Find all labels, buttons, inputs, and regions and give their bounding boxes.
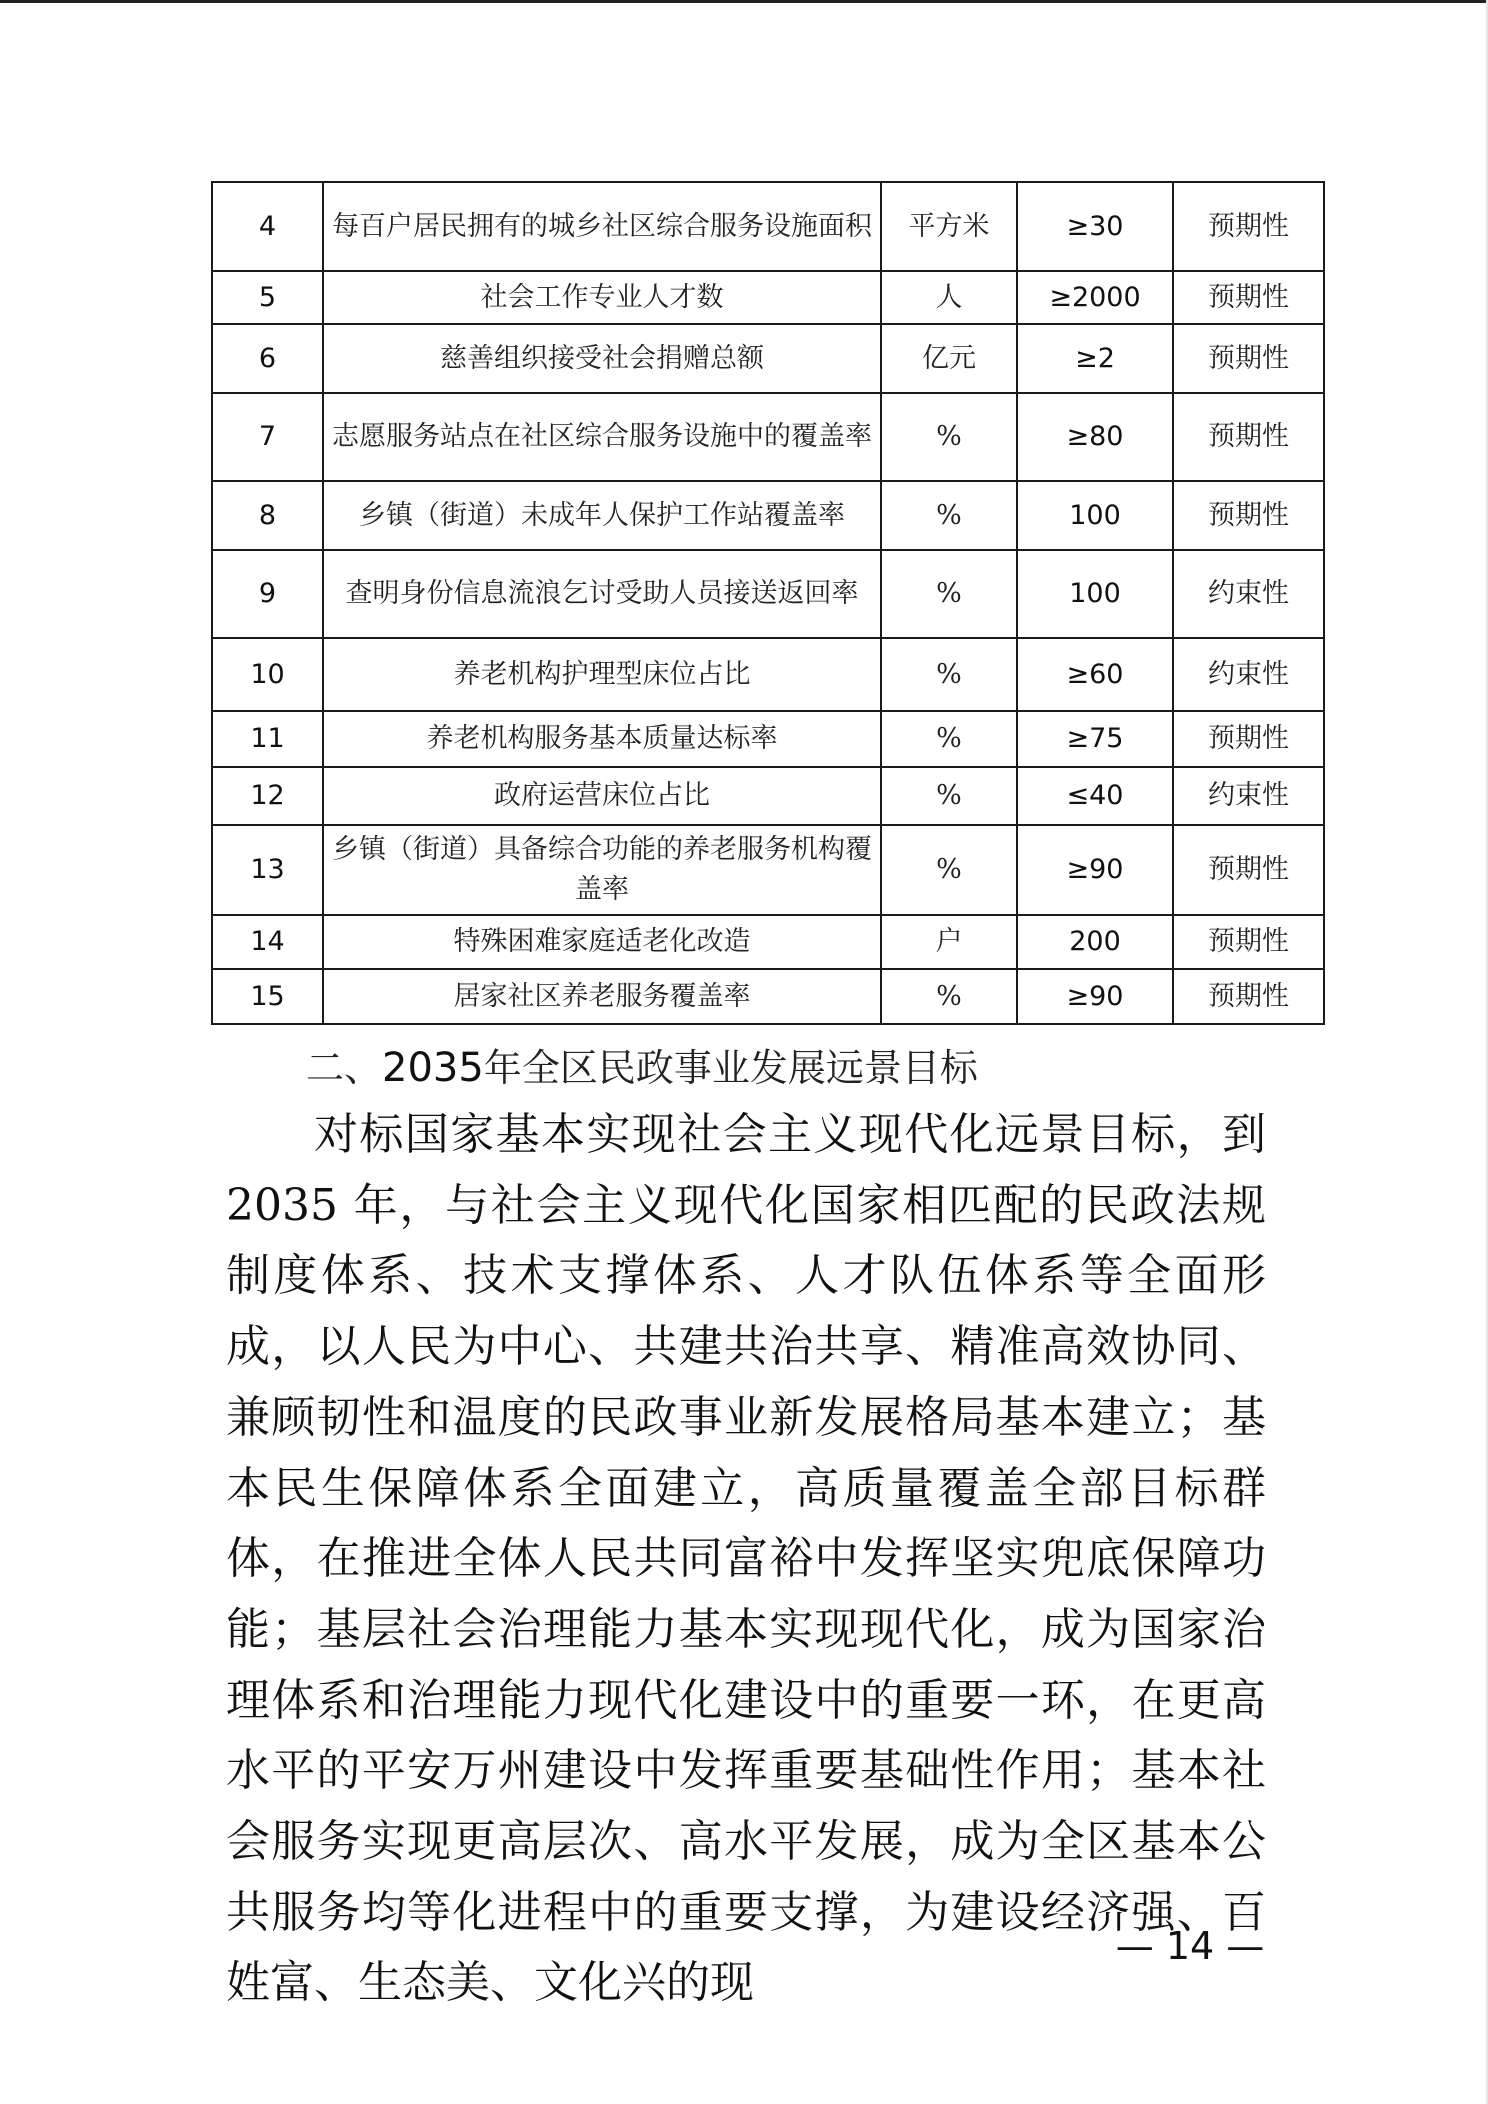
page-number: — 14 — [1100, 1920, 1280, 1972]
row-number-cell: 8 [212, 481, 323, 550]
table-row: 4每百户居民拥有的城乡社区综合服务设施面积平方米≥30预期性 [212, 182, 1324, 271]
unit-cell: % [881, 481, 1017, 550]
top-border-rule [0, 0, 1488, 3]
indicator-name-cell: 居家社区养老服务覆盖率 [323, 969, 881, 1024]
attribute-cell: 预期性 [1173, 711, 1324, 767]
attribute-cell: 约束性 [1173, 550, 1324, 638]
section-heading-title: 年全区民政事业发展远景目标 [484, 1046, 978, 1090]
indicator-name-cell: 社会工作专业人才数 [323, 271, 881, 324]
unit-cell: 平方米 [881, 182, 1017, 271]
target-value-cell: 100 [1017, 550, 1173, 638]
target-value-cell: ≥2 [1017, 324, 1173, 393]
row-number-cell: 7 [212, 393, 323, 481]
target-value-cell: ≥75 [1017, 711, 1173, 767]
row-number-cell: 9 [212, 550, 323, 638]
table-row: 12政府运营床位占比%≤40约束性 [212, 767, 1324, 825]
row-number-cell: 13 [212, 825, 323, 915]
row-number-cell: 5 [212, 271, 323, 324]
indicator-name-cell: 乡镇（街道）未成年人保护工作站覆盖率 [323, 481, 881, 550]
attribute-cell: 预期性 [1173, 481, 1324, 550]
unit-cell: 户 [881, 915, 1017, 969]
target-value-cell: 200 [1017, 915, 1173, 969]
attribute-cell: 约束性 [1173, 767, 1324, 825]
table-row: 13乡镇（街道）具备综合功能的养老服务机构覆盖率%≥90预期性 [212, 825, 1324, 915]
section-paragraph: 对标国家基本实现社会主义现代化远景目标，到 2035 年，与社会主义现代化国家相… [226, 1100, 1266, 2019]
section-heading-year: 2035 [382, 1045, 484, 1091]
row-number-cell: 15 [212, 969, 323, 1024]
attribute-cell: 预期性 [1173, 969, 1324, 1024]
attribute-cell: 预期性 [1173, 324, 1324, 393]
row-number-cell: 6 [212, 324, 323, 393]
indicator-name-cell: 养老机构服务基本质量达标率 [323, 711, 881, 767]
indicator-table-body: 4每百户居民拥有的城乡社区综合服务设施面积平方米≥30预期性5社会工作专业人才数… [212, 182, 1324, 1024]
attribute-cell: 预期性 [1173, 915, 1324, 969]
unit-cell: % [881, 767, 1017, 825]
indicator-name-cell: 志愿服务站点在社区综合服务设施中的覆盖率 [323, 393, 881, 481]
section-heading: 二、2035年全区民政事业发展远景目标 [306, 1040, 978, 1096]
attribute-cell: 约束性 [1173, 638, 1324, 711]
unit-cell: 人 [881, 271, 1017, 324]
attribute-cell: 预期性 [1173, 825, 1324, 915]
target-value-cell: ≥90 [1017, 825, 1173, 915]
table-row: 11养老机构服务基本质量达标率%≥75预期性 [212, 711, 1324, 767]
target-value-cell: ≥2000 [1017, 271, 1173, 324]
row-number-cell: 4 [212, 182, 323, 271]
target-value-cell: ≥60 [1017, 638, 1173, 711]
unit-cell: % [881, 393, 1017, 481]
table-row: 15居家社区养老服务覆盖率%≥90预期性 [212, 969, 1324, 1024]
table-row: 8乡镇（街道）未成年人保护工作站覆盖率%100预期性 [212, 481, 1324, 550]
table-row: 6慈善组织接受社会捐赠总额亿元≥2预期性 [212, 324, 1324, 393]
row-number-cell: 11 [212, 711, 323, 767]
table-row: 14特殊困难家庭适老化改造户200预期性 [212, 915, 1324, 969]
row-number-cell: 14 [212, 915, 323, 969]
attribute-cell: 预期性 [1173, 393, 1324, 481]
indicator-name-cell: 慈善组织接受社会捐赠总额 [323, 324, 881, 393]
target-value-cell: ≥30 [1017, 182, 1173, 271]
unit-cell: % [881, 711, 1017, 767]
table-row: 9查明身份信息流浪乞讨受助人员接送返回率%100约束性 [212, 550, 1324, 638]
attribute-cell: 预期性 [1173, 182, 1324, 271]
indicator-name-cell: 每百户居民拥有的城乡社区综合服务设施面积 [323, 182, 881, 271]
unit-cell: % [881, 550, 1017, 638]
unit-cell: % [881, 825, 1017, 915]
indicator-name-cell: 特殊困难家庭适老化改造 [323, 915, 881, 969]
section-heading-prefix: 二、 [306, 1046, 382, 1090]
indicator-name-cell: 查明身份信息流浪乞讨受助人员接送返回率 [323, 550, 881, 638]
target-value-cell: 100 [1017, 481, 1173, 550]
indicator-name-cell: 乡镇（街道）具备综合功能的养老服务机构覆盖率 [323, 825, 881, 915]
target-value-cell: ≤40 [1017, 767, 1173, 825]
unit-cell: % [881, 638, 1017, 711]
indicator-name-cell: 政府运营床位占比 [323, 767, 881, 825]
table-row: 10养老机构护理型床位占比%≥60约束性 [212, 638, 1324, 711]
target-value-cell: ≥80 [1017, 393, 1173, 481]
table-row: 7志愿服务站点在社区综合服务设施中的覆盖率%≥80预期性 [212, 393, 1324, 481]
attribute-cell: 预期性 [1173, 271, 1324, 324]
row-number-cell: 12 [212, 767, 323, 825]
table-row: 5社会工作专业人才数人≥2000预期性 [212, 271, 1324, 324]
target-value-cell: ≥90 [1017, 969, 1173, 1024]
indicator-table: 4每百户居民拥有的城乡社区综合服务设施面积平方米≥30预期性5社会工作专业人才数… [211, 181, 1325, 1025]
unit-cell: % [881, 969, 1017, 1024]
row-number-cell: 10 [212, 638, 323, 711]
unit-cell: 亿元 [881, 324, 1017, 393]
indicator-name-cell: 养老机构护理型床位占比 [323, 638, 881, 711]
